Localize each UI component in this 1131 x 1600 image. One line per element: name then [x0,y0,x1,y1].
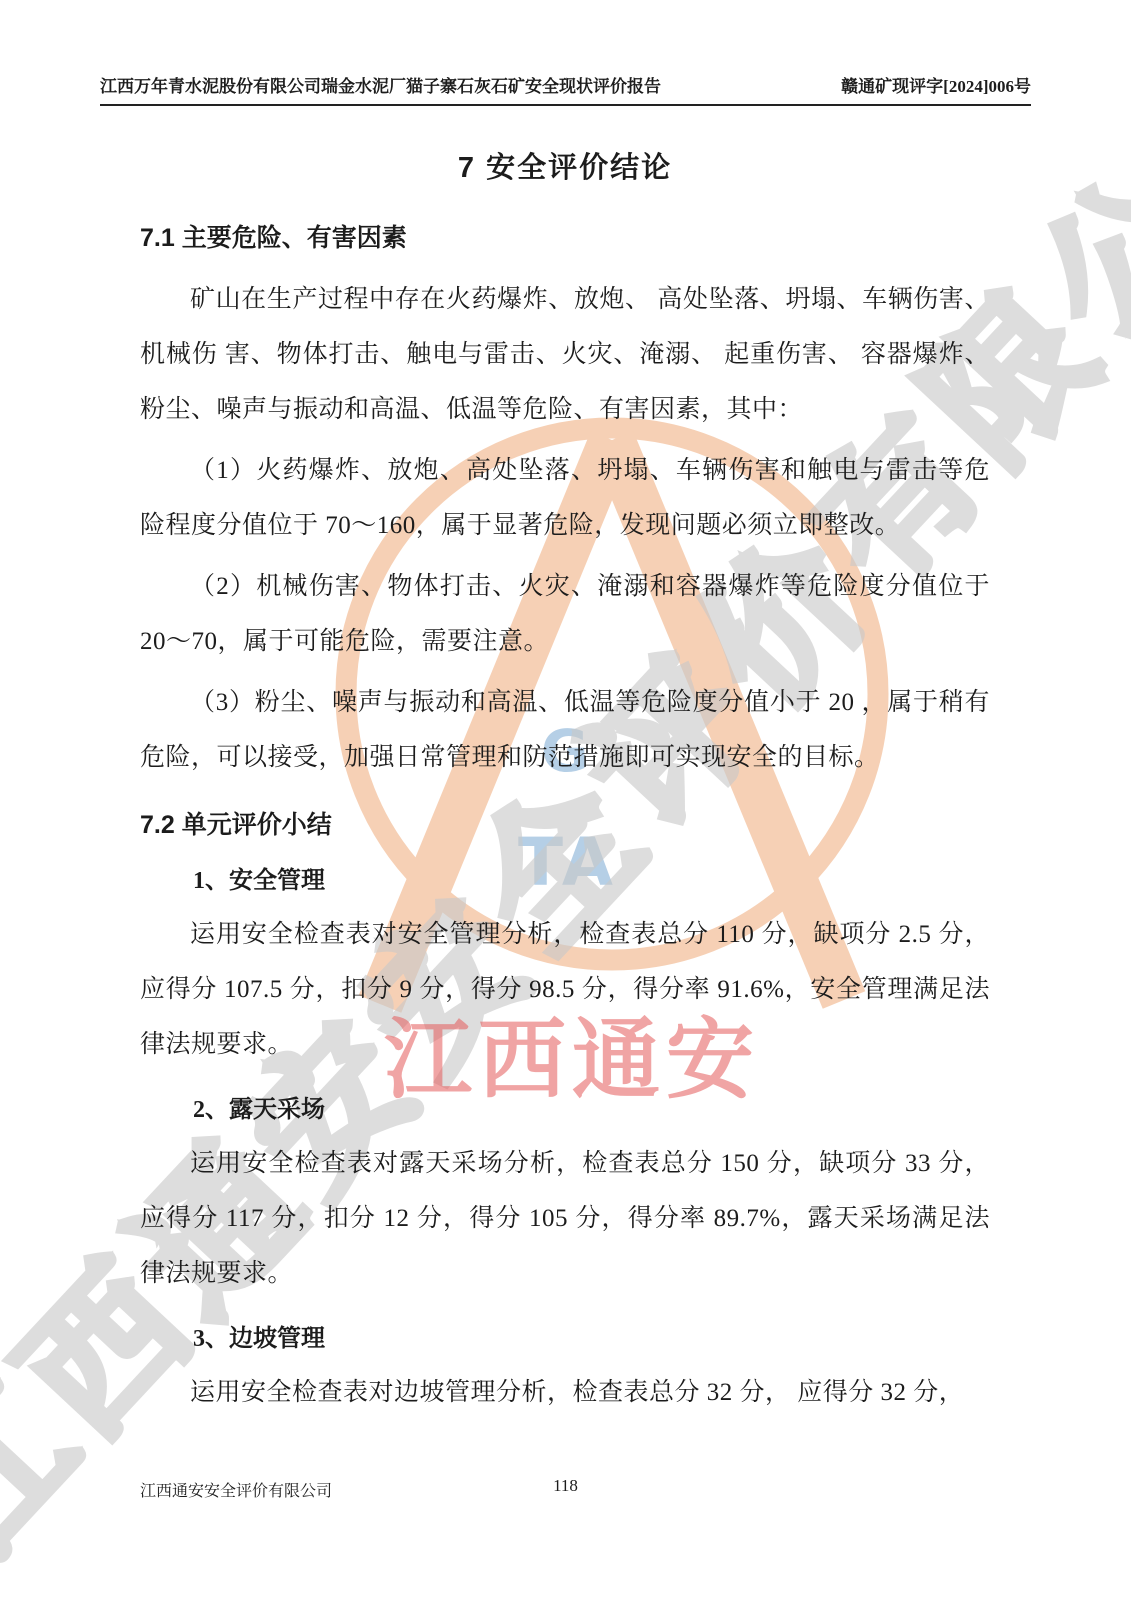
paragraph-hazard-level-3: （3）粉尘、噪声与振动和高温、低温等危险度分值小于 20 ，属于稍有危险，可以接… [140,675,990,785]
chapter-title: 7 安全评价结论 [140,148,990,188]
subsection-safety-management-heading: 1、安全管理 [140,863,990,899]
header-report-title: 江西万年青水泥股份有限公司瑞金水泥厂猫子寨石灰石矿安全现状评价报告 [100,72,661,97]
paragraph-hazard-overview: 矿山在生产过程中存在火药爆炸、放炮、 高处坠落、坍塌、车辆伤害、机械伤 害、物体… [140,272,990,437]
subsection-open-pit-heading: 2、露天采场 [140,1092,990,1128]
page-header: 江西万年青水泥股份有限公司瑞金水泥厂猫子寨石灰石矿安全现状评价报告 赣通矿现评字… [100,72,1031,106]
paragraph-open-pit: 运用安全检查表对露天采场分析，检查表总分 150 分，缺项分 33 分，应得分 … [140,1136,990,1301]
section-7-2-heading: 7.2 单元评价小结 [140,807,990,843]
document-page: G TA 江西通安安全评价有限公司 江西通安 江西万年青水泥股份有限公司瑞金水泥… [0,0,1131,1600]
section-7-1-heading: 7.1 主要危险、有害因素 [140,220,990,256]
subsection-slope-management-heading: 3、边坡管理 [140,1321,990,1357]
document-body: 7 安全评价结论 7.1 主要危险、有害因素 矿山在生产过程中存在火药爆炸、放炮… [140,106,990,1420]
paragraph-safety-management: 运用安全检查表对安全管理分析，检查表总分 110 分，缺项分 2.5 分，应得分… [140,907,990,1072]
paragraph-hazard-level-1: （1）火药爆炸、放炮、高处坠落、坍塌、车辆伤害和触电与雷击等危险程度分值位于 7… [140,443,990,553]
paragraph-hazard-level-2: （2）机械伤害、物体打击、火灾、淹溺和容器爆炸等危险度分值位于 20～70，属于… [140,559,990,669]
footer-page-number: 118 [100,1476,1031,1496]
paragraph-slope-management: 运用安全检查表对边坡管理分析，检查表总分 32 分， 应得分 32 分， [140,1365,990,1420]
header-doc-number: 赣通矿现评字[2024]006号 [841,72,1031,97]
